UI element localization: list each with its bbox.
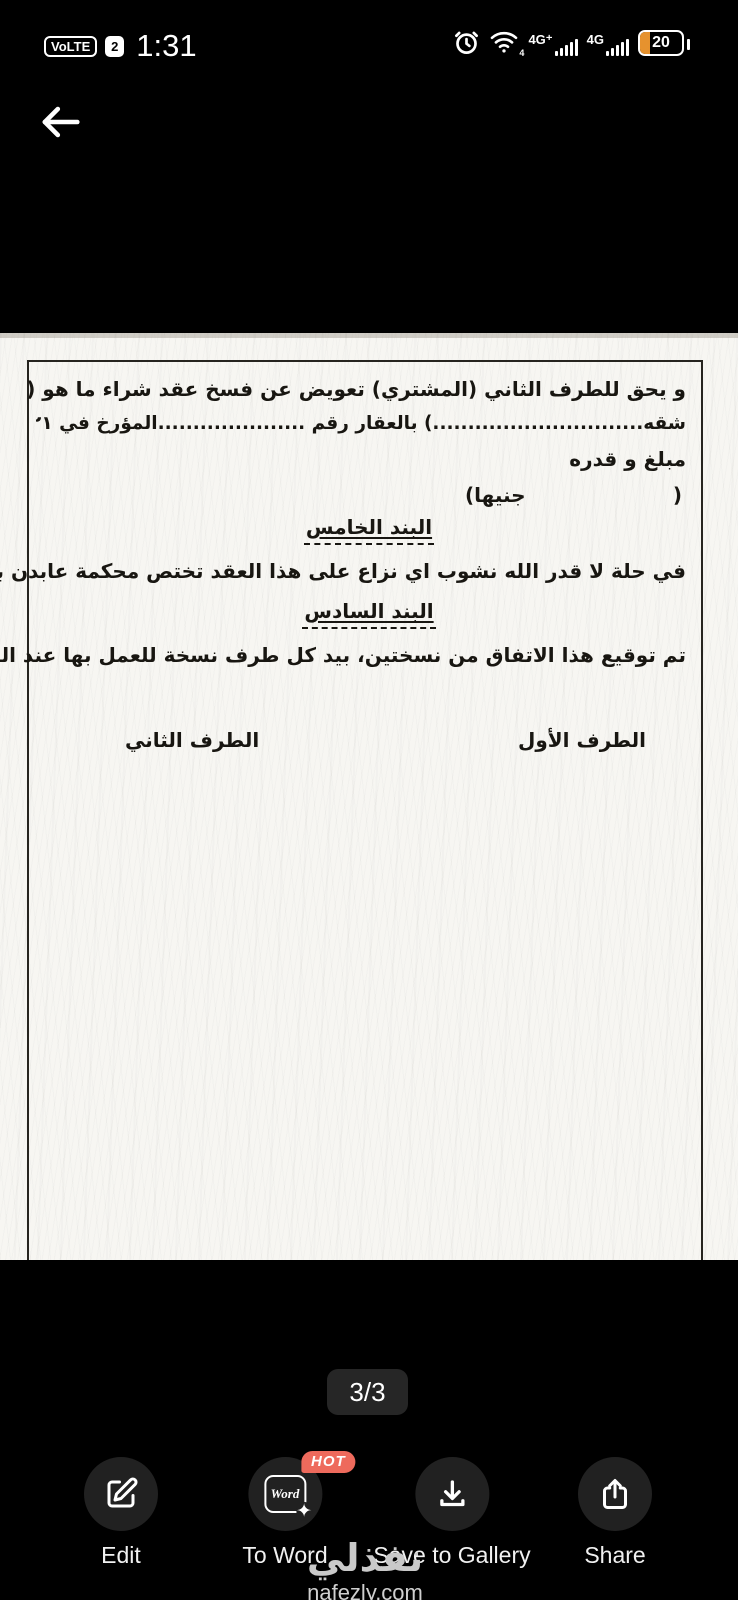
hot-badge: HOT xyxy=(301,1451,356,1473)
share-button-circle[interactable] xyxy=(578,1457,652,1531)
network-type-primary: 4G⁺ xyxy=(528,34,552,46)
signal-secondary-icon: 4G xyxy=(587,34,629,56)
save-to-gallery-circle[interactable] xyxy=(415,1457,489,1531)
to-word-label: To Word xyxy=(242,1542,327,1569)
clause6-text: تم توقيع هذا الاتفاق من نسختين، بيد كل ط… xyxy=(0,643,686,667)
compensation-line-2: شقه..............................) بالعق… xyxy=(36,413,686,434)
wifi-gen-label: 4 xyxy=(519,48,524,58)
save-to-gallery-button[interactable]: Save to Gallery xyxy=(373,1457,530,1569)
page-indicator: 3/3 xyxy=(327,1369,408,1415)
edit-label: Edit xyxy=(101,1542,141,1569)
network-type-secondary: 4G xyxy=(587,34,604,46)
clause5-text: في حلة لا قدر الله نشوب اي نزاع على هذا … xyxy=(0,559,686,583)
sim2-badge: 2 xyxy=(105,36,124,57)
wifi-icon: 4 xyxy=(489,30,519,56)
share-icon xyxy=(597,1476,633,1512)
save-to-gallery-label: Save to Gallery xyxy=(373,1542,530,1569)
word-convert-icon: Word ✦ xyxy=(264,1475,306,1513)
download-icon xyxy=(434,1476,470,1512)
battery-icon: 20 xyxy=(638,30,684,56)
alarm-icon xyxy=(453,29,480,56)
watermark-domain: nafezly.com xyxy=(307,1580,423,1600)
amount-line: مبلغ و قدره xyxy=(569,447,686,471)
status-bar: VoLTE 2 1:31 4 4G⁺ 4G xyxy=(0,0,738,80)
currency-line: ( جنيها) xyxy=(0,483,738,511)
document-page[interactable]: و يحق للطرف الثاني (المشتري) تعويض عن فس… xyxy=(0,333,738,1260)
to-word-button[interactable]: Word ✦ HOT To Word xyxy=(242,1457,327,1569)
signal-primary-icon: 4G⁺ xyxy=(528,34,577,56)
first-party-label: الطرف الأول xyxy=(518,728,646,752)
edit-pencil-icon xyxy=(103,1476,139,1512)
battery-percent: 20 xyxy=(652,34,670,52)
amount-currency: جنيها) xyxy=(465,483,526,507)
clause5-heading: البند الخامس xyxy=(0,515,738,545)
app-screen: VoLTE 2 1:31 4 4G⁺ 4G xyxy=(0,0,738,1600)
volte-badge: VoLTE xyxy=(44,36,97,57)
share-button[interactable]: Share xyxy=(578,1457,652,1569)
clause6-heading: البند السادس xyxy=(0,599,738,629)
sparkle-icon: ✦ xyxy=(296,1502,312,1521)
battery-fill xyxy=(640,32,650,54)
share-label: Share xyxy=(584,1542,645,1569)
to-word-button-circle[interactable]: Word ✦ HOT xyxy=(248,1457,322,1531)
compensation-line-1: و يحق للطرف الثاني (المشتري) تعويض عن فس… xyxy=(26,377,686,401)
status-time: 1:31 xyxy=(136,28,196,64)
back-button[interactable] xyxy=(34,96,86,148)
second-party-label: الطرف الثاني xyxy=(125,728,259,752)
edit-button[interactable]: Edit xyxy=(84,1457,158,1569)
battery-nub xyxy=(687,39,690,50)
edit-button-circle[interactable] xyxy=(84,1457,158,1531)
amount-open-paren: ( xyxy=(673,483,682,507)
